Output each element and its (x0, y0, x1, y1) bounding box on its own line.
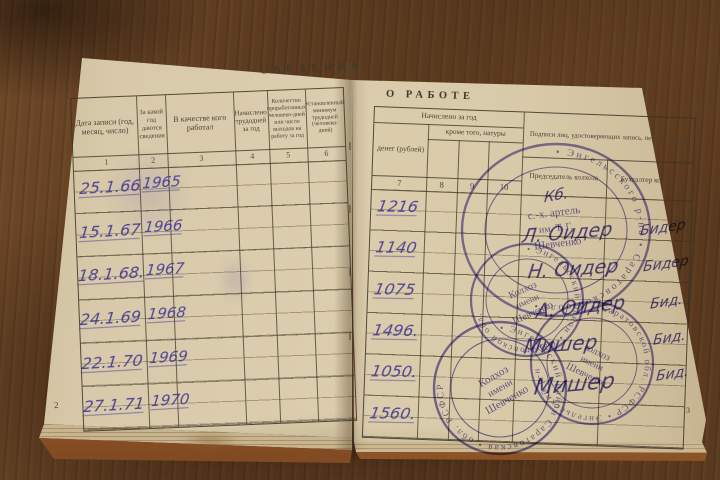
page-edge-stain (165, 428, 255, 454)
entry-year: 1966 (143, 216, 183, 236)
entry-money: 1216 (376, 197, 420, 217)
col-num: 4 (235, 149, 270, 164)
entry-money: 1496. (371, 321, 420, 341)
entry-money: 1075 (373, 280, 417, 300)
col-header-role: В качестве кого работал (165, 92, 235, 153)
entry-year: 1965 (142, 172, 182, 192)
spine-stitch (349, 205, 351, 213)
col-num: 3 (167, 150, 236, 167)
entry-year: 1970 (150, 390, 190, 410)
entry-date: 27.1.71 (82, 394, 145, 417)
col-header-date: Дата записи (год, месяц, число) (71, 96, 139, 157)
entry-money: 1050. (370, 362, 419, 382)
col-header-year: За какой год даются сведения (136, 95, 167, 154)
page-number-left: 2 (54, 400, 59, 410)
col-num: 2 (139, 153, 168, 168)
entry-money: 1140 (374, 238, 418, 258)
entry-year: 1969 (149, 347, 189, 367)
spine-stitch (349, 142, 351, 150)
col-header-mandays: Количество проработанных человеко-дней и… (267, 90, 307, 149)
col-header-minimum: Установленный минимум трудодней (человек… (305, 88, 345, 147)
stamp-center-text: с.-х. артель (527, 204, 581, 222)
header-money-rubles: денег (рублей) (372, 122, 428, 177)
entry-date: 18.1.68. (77, 263, 145, 286)
col-num: 5 (269, 148, 308, 164)
left-page-table: Дата записи (год, месяц, число) За какой… (70, 87, 357, 432)
entry-money: 1560. (368, 404, 417, 424)
col-header-trudodni: Начислено трудодней за год (233, 91, 269, 150)
ruled-lines (74, 160, 356, 431)
entry-year: 1968 (147, 303, 187, 323)
entry-date: 22.1.70 (81, 351, 144, 374)
col-num: 8 (426, 177, 457, 192)
entry-date: 24.1.69 (79, 307, 142, 330)
entry-year: 1967 (145, 259, 185, 279)
entry-date: 25.1.66 (79, 176, 142, 199)
col-num: 7 (372, 175, 427, 191)
page-number-right: 3 (686, 406, 690, 415)
col-num: 1 (73, 154, 139, 171)
photo-of-work-record-book: СВЕДЕНИЯ О РАБОТЕ Дата записи (год, меся… (0, 0, 720, 480)
entry-date: 15.1.67 (78, 220, 141, 243)
col-num: 6 (307, 146, 346, 162)
